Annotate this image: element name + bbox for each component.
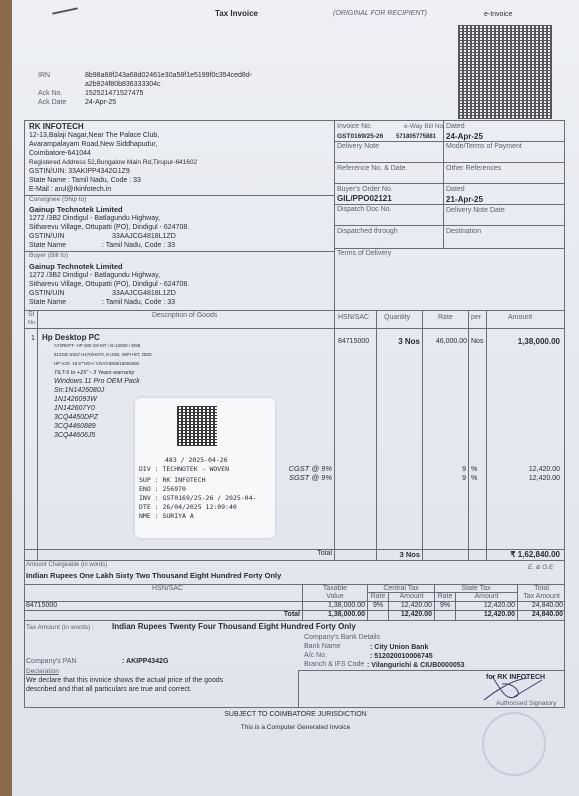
sticker-dte: DTE : 26/04/2025 12:09:40	[139, 503, 237, 511]
summary-hsn: 84715000	[26, 602, 57, 610]
invoice-no-label: Invoice No.	[337, 123, 372, 131]
irn-label: IRN	[38, 72, 50, 80]
delivery-note-label: Delivery Note	[337, 143, 379, 151]
mode-terms-label: Mode/Terms of Payment	[446, 143, 522, 151]
summary-col-central: Central Tax	[368, 585, 434, 593]
consignee-label: Consignee (Ship to)	[29, 196, 86, 204]
buyer-name: Gainup Technotek Limited	[29, 263, 123, 271]
summary-total-label: Total	[252, 611, 300, 619]
seller-registered-address: Registered Address 52,Bungalow Main Rd,T…	[29, 159, 197, 167]
dated-label: Dated	[446, 123, 465, 131]
seller-name: RK INFOTECH	[29, 123, 84, 131]
einvoice-label: e-Invoice	[484, 11, 512, 19]
item-spec-1: A72RKPT- HP 280 G8 MT / i5-12500 / 8GB	[54, 343, 140, 349]
consignee-state-value: : Tamil Nadu, Code : 33	[102, 242, 175, 250]
reference-label: Reference No. & Date.	[337, 165, 407, 173]
summary-taxable: 1,38,000.00	[303, 602, 365, 610]
summary-col-hsn: HSN/SAC	[152, 585, 183, 593]
sticker-line1: 483 / 2025-04-26	[165, 456, 228, 464]
consignee-address-1: 1272 /3B2 Dindigul - Batlagundu Highway,	[29, 215, 160, 223]
buyer-gstin-value: 33AAJCG4818L1ZD	[112, 290, 176, 298]
buyer-address-1: 1272 /3B2 Dindigul - Batlagundu Highway,	[29, 272, 160, 280]
item-spec-4: TILT-5 to +25" - 3 Years warranty	[54, 369, 134, 377]
col-rate: Rate	[438, 314, 453, 322]
consignee-state-label: State Name	[29, 242, 66, 250]
buyer-gstin-label: GSTIN/UIN	[29, 290, 64, 298]
irn-value-2: a2b924f80b836333304c	[85, 81, 161, 89]
cgst-amount: 12,420.00	[488, 466, 560, 474]
acc-value: : 512020010006745	[370, 653, 433, 661]
other-references-label: Other References	[446, 165, 501, 173]
total-quantity: 3 Nos	[378, 551, 420, 559]
destination-label: Destination	[446, 228, 481, 236]
item-serial-3: 1N142607Y0	[54, 405, 95, 413]
order-dated-label: Dated	[446, 186, 465, 194]
dispatched-through-label: Dispatched through	[337, 228, 398, 236]
total-amount: ₹ 1,62,840.00	[488, 551, 560, 559]
summary-col-value: Value	[303, 593, 367, 601]
buyers-order-value: GIL/PPO02121	[337, 195, 392, 203]
eoe-label: E. & O.E	[528, 564, 553, 572]
dated-value: 24-Apr-25	[446, 133, 483, 141]
delivery-note-date-label: Delivery Note Date	[446, 207, 505, 215]
col-sl: Sl	[28, 311, 34, 319]
invoice-no-value: GST0169/25-26	[337, 133, 383, 141]
consignee-gstin-label: GSTIN/UIN	[29, 233, 64, 241]
audit-sticker: 483 / 2025-04-26 DIV : TECHNOTEK - WOVEN…	[135, 398, 275, 538]
declaration-line-2: described and that all particulars are t…	[26, 686, 192, 694]
order-dated-value: 21-Apr-25	[446, 196, 483, 204]
tax-words-label: Tax Amount (in words) :	[26, 624, 94, 632]
item-serial-5: 3CQ4460889	[54, 423, 96, 431]
sticker-div: DIV : TECHNOTEK - WOVEN	[139, 465, 229, 473]
cgst-label: CGST @ 9%	[262, 465, 332, 473]
summary-c-rate: 9%	[368, 602, 388, 610]
summary-s-rate: 9%	[435, 602, 455, 610]
bank-name-value: : City Union Bank	[370, 644, 428, 652]
summary-total-taxable: 1,38,000.00	[303, 611, 365, 619]
total-label: Total	[272, 550, 332, 558]
branch-value: : Vilangurichi & CIUB0000053	[367, 662, 465, 670]
sticker-qr-code	[177, 406, 217, 446]
einvoice-qr-code	[458, 25, 552, 119]
declaration-label: Declaration	[26, 668, 59, 676]
seller-email: E-Mail : arul@rkinfotech.in	[29, 186, 111, 194]
col-per: per	[471, 314, 481, 322]
declaration-line-1: We declare that this invoice shows the a…	[26, 677, 223, 685]
summary-s-amount: 12,420.00	[456, 602, 515, 610]
sgst-label: SGST @ 9%	[262, 474, 332, 482]
copy-label: (ORIGINAL FOR RECIPIENT)	[333, 10, 427, 18]
sticker-sup: SUP : RK INFOTECH	[139, 476, 206, 484]
sticker-eno: ENO : 256970	[139, 485, 186, 493]
item-serial-6: 3CQ44606J5	[54, 432, 95, 440]
sticker-nme: NME : SURIYA A	[139, 512, 194, 520]
invoice-title: Tax Invoice	[215, 10, 258, 18]
pen-mark	[52, 7, 78, 14]
summary-col-total: Total	[518, 585, 565, 593]
summary-total-s-amount: 12,420.00	[456, 611, 515, 619]
irn-value-1: 8b98a68f243a68d02461e30a58f1e5199f0c354c…	[85, 72, 252, 80]
col-description: Description of Goods	[152, 312, 217, 320]
cgst-rate: 9	[442, 466, 466, 474]
item-amount: 1,38,000.00	[488, 338, 560, 346]
sgst-per: %	[471, 475, 477, 483]
item-per: Nos	[471, 338, 483, 346]
seller-gstin: GSTIN/UIN: 33AKIPP4342G1Z9	[29, 168, 130, 176]
seller-address-3: Coimbatore-641044	[29, 150, 91, 158]
summary-col-total-tax: Tax Amount	[518, 593, 565, 601]
buyer-label: Buyer (Bill to)	[29, 252, 68, 260]
terms-delivery-label: Terms of Delivery	[337, 250, 391, 258]
bank-title: Company's Bank Details	[304, 634, 380, 642]
amount-words-label: Amount Chargeable (in words)	[26, 561, 107, 569]
summary-total-tax: 24,840.00	[518, 611, 563, 619]
summary-col-state: State Tax	[435, 585, 517, 593]
authorised-signatory: Authorised Signatory	[496, 700, 556, 708]
eway-value: 571805775881	[396, 133, 436, 141]
item-spec-2: 512GB SSD/ H470/H670, 8 USB, WIFI+BT, OD…	[54, 352, 152, 358]
company-stamp	[482, 712, 546, 776]
summary-total-c-amount: 12,420.00	[389, 611, 432, 619]
item-sl: 1	[31, 335, 35, 343]
item-serial-1: Sn:1N1426080J	[54, 387, 104, 395]
summary-col-c-rate: Rate	[368, 593, 388, 601]
seller-address-1: 12-13,Balaji Nagar,Near The Palace Club,	[29, 132, 159, 140]
sgst-amount: 12,420.00	[488, 475, 560, 483]
seller-state: State Name : Tamil Nadu, Code : 33	[29, 177, 141, 185]
buyer-state-value: : Tamil Nadu, Code : 33	[102, 299, 175, 307]
summary-col-s-amount: Amount	[456, 593, 517, 601]
summary-col-c-amount: Amount	[389, 593, 434, 601]
item-serial-4: 3CQ4450DPZ	[54, 414, 98, 422]
item-spec-5: Windows 11 Pro OEM Pack	[54, 378, 140, 386]
col-hsn: HSN/SAC	[338, 314, 369, 322]
pan-label: Company's PAN	[26, 658, 77, 666]
consignee-gstin-value: 33AAJCG4818L1ZD	[112, 233, 176, 241]
item-hsn: 84715000	[338, 338, 369, 346]
ack-no-label: Ack No.	[38, 90, 63, 98]
sgst-rate: 9	[442, 475, 466, 483]
summary-col-s-rate: Rate	[435, 593, 455, 601]
tax-words-value: Indian Rupees Twenty Four Thousand Eight…	[112, 623, 356, 631]
eway-label: e-Way Bill No.	[404, 123, 445, 131]
buyer-address-2: Sitharevu Village, Ottupatti (PO), Dindi…	[29, 281, 189, 289]
col-amount: Amount	[508, 314, 532, 322]
item-rate: 46,000.00	[423, 338, 467, 346]
consignee-name: Gainup Technotek Limited	[29, 206, 123, 214]
bank-name-label: Bank Name	[304, 643, 341, 651]
item-serial-2: 1N1426093W	[54, 396, 97, 404]
sticker-inv: INV : GST0169/25-26 / 2025-04-	[139, 494, 256, 502]
col-no: No.	[28, 319, 37, 327]
summary-total: 24,840.00	[518, 602, 563, 610]
ack-no-value: 152521471527475	[85, 90, 143, 98]
summary-col-taxable: Taxable	[303, 585, 367, 593]
cgst-per: %	[471, 466, 477, 474]
item-quantity: 3 Nos	[378, 338, 420, 346]
col-quantity: Quantity	[384, 314, 410, 322]
seller-address-2: Avarampalayam Road,New Siddhapudur,	[29, 141, 157, 149]
branch-label: Branch & IFS Code	[304, 661, 364, 669]
acc-label: A/c No.	[304, 652, 327, 660]
ack-date-label: Ack Date	[38, 99, 66, 107]
buyer-state-label: State Name	[29, 299, 66, 307]
ack-date-value: 24-Apr-25	[85, 99, 116, 107]
consignee-address-2: Sitharevu Village, Ottupatti (PO), Dindi…	[29, 224, 189, 232]
item-spec-3: HP V20- 19.5""HD+/ VGA/HDMI/1600x900	[54, 361, 139, 367]
item-name: Hp Desktop PC	[42, 334, 100, 342]
dispatch-doc-label: Dispatch Doc No.	[337, 206, 391, 214]
summary-c-amount: 12,420.00	[389, 602, 432, 610]
invoice-page: Tax Invoice (ORIGINAL FOR RECIPIENT) e-I…	[12, 0, 579, 796]
buyers-order-label: Buyer's Order No.	[337, 186, 393, 194]
pan-value: : AKIPP4342G	[122, 658, 168, 666]
amount-words-value: Indian Rupees One Lakh Sixty Two Thousan…	[26, 572, 281, 580]
